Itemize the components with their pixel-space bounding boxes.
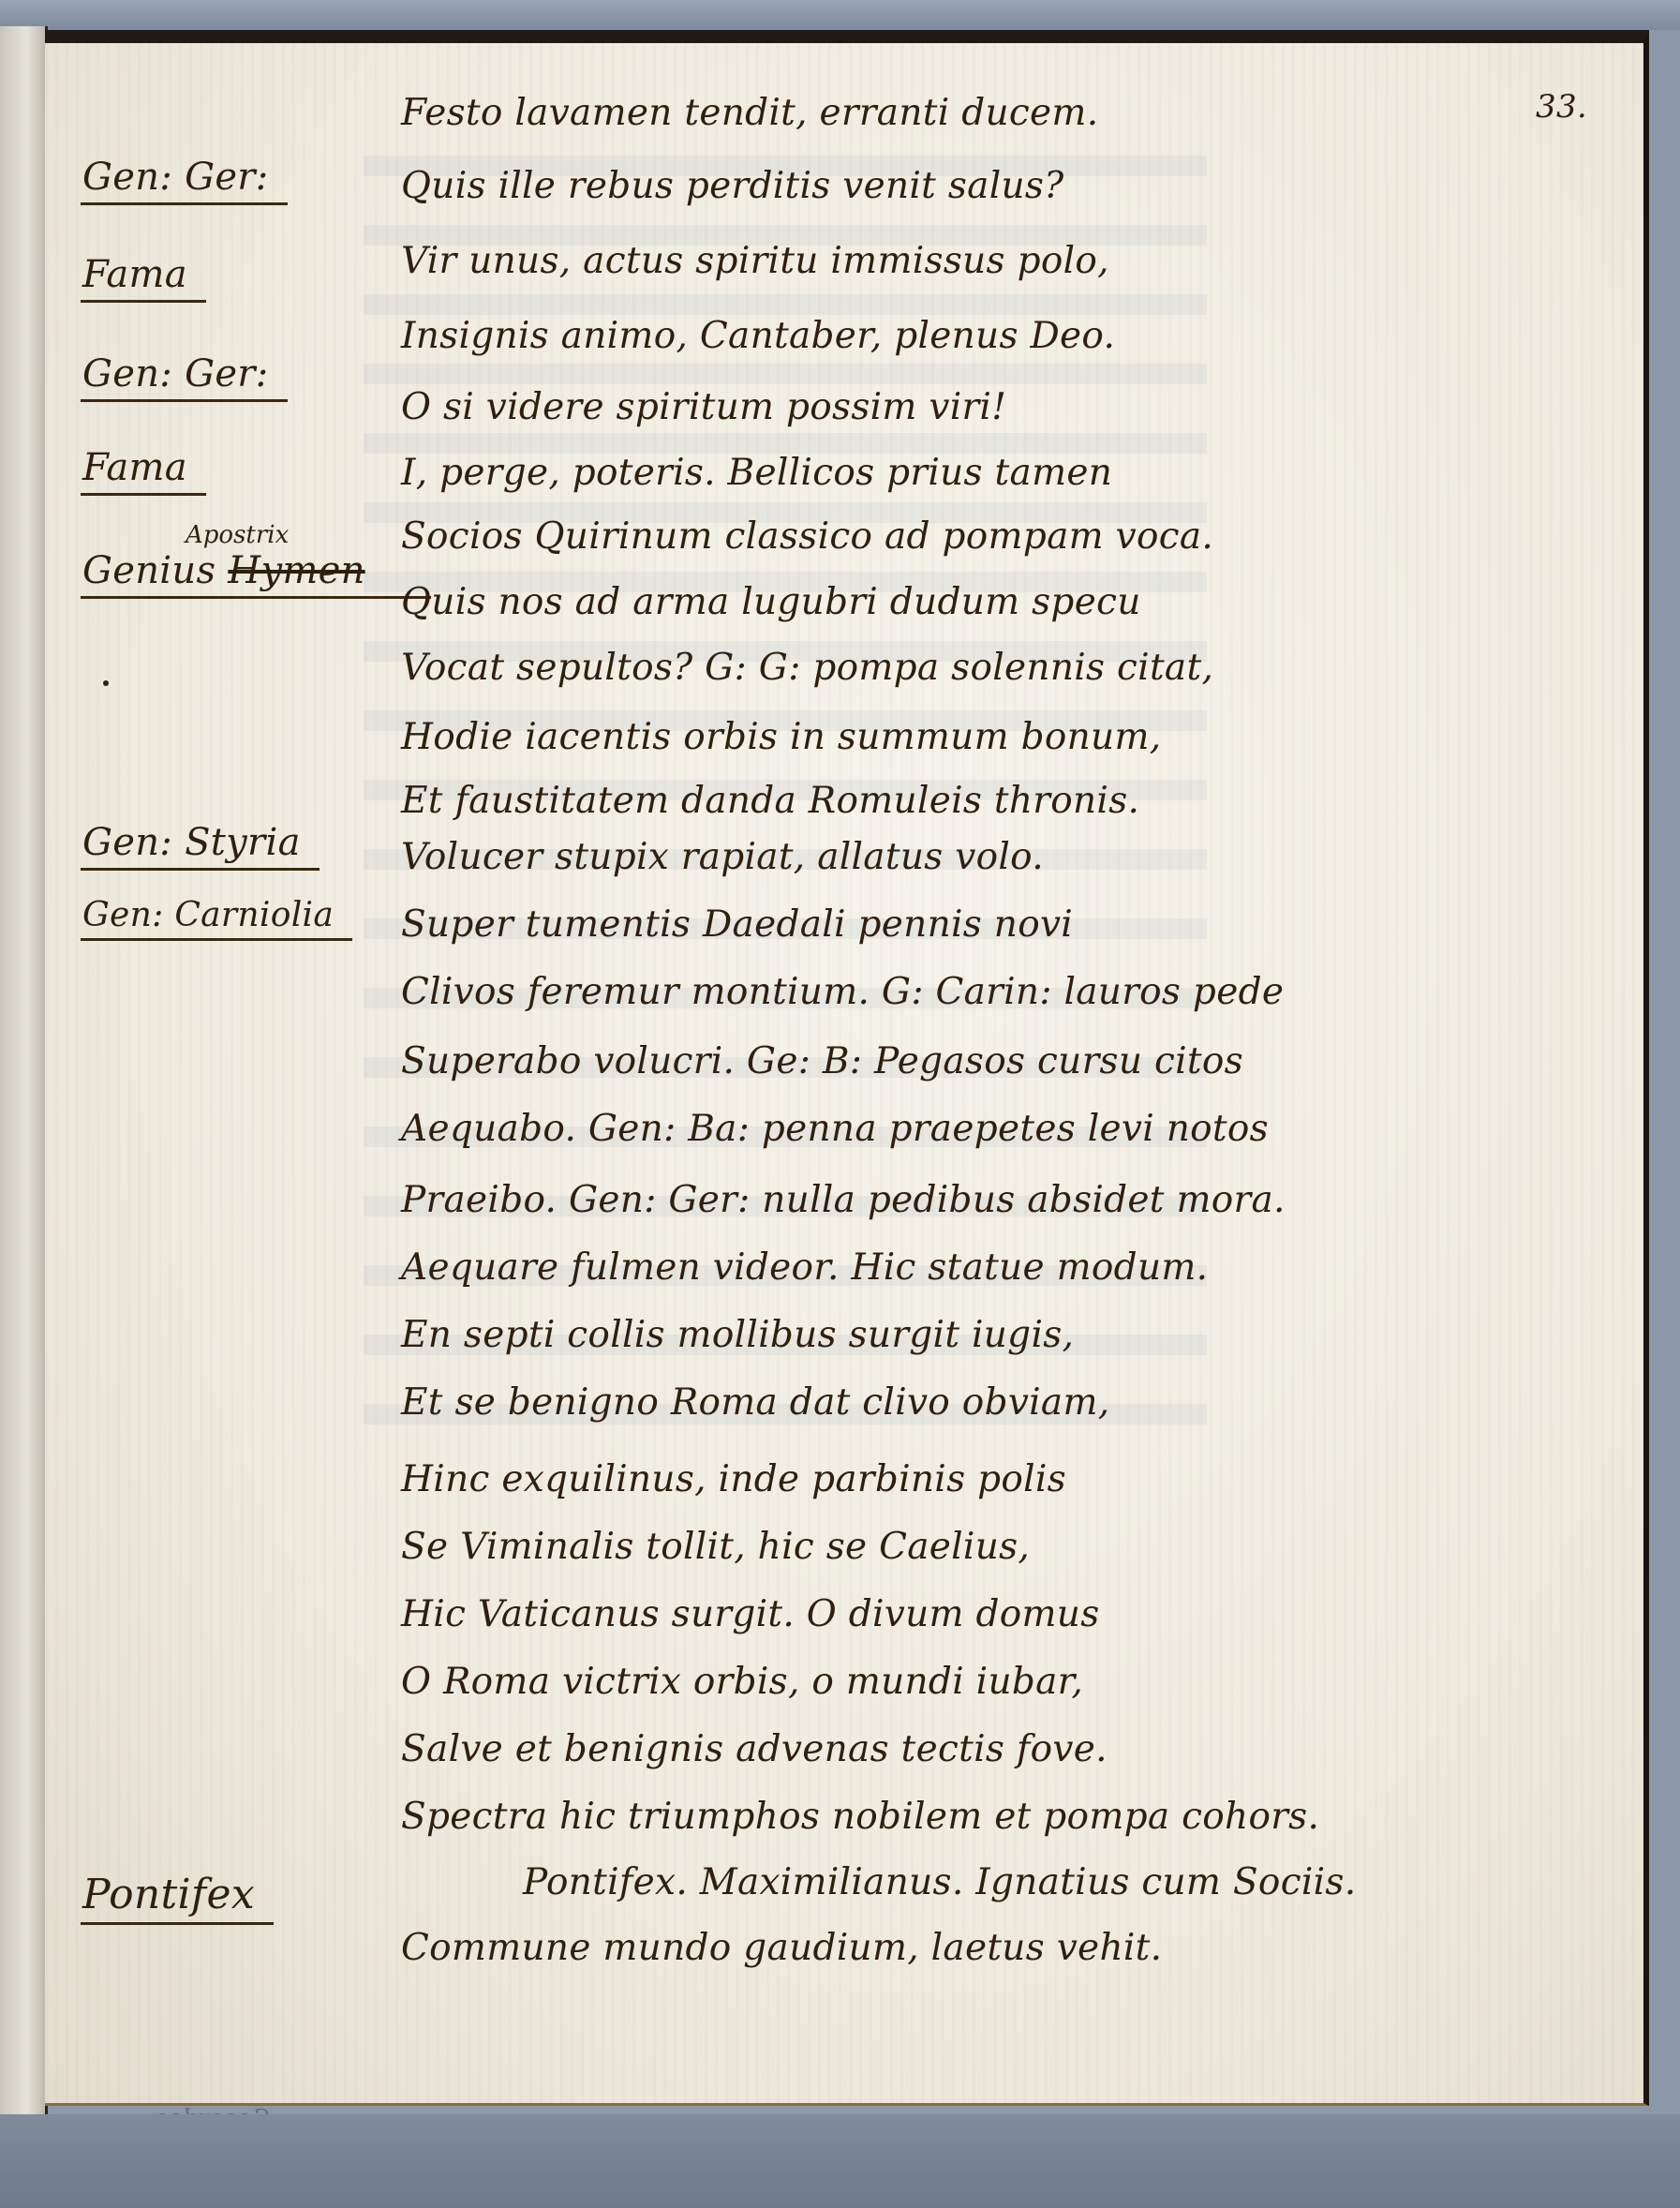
margin-speaker-label: Gen: Carniolia <box>81 896 352 941</box>
stage-direction: Pontifex. Maximilianus. Ignatius cum Soc… <box>523 1861 1356 1903</box>
verse-line: Superabo volucri. Ge: B: Pegasos cursu c… <box>401 1040 1243 1082</box>
page-number: 33. <box>1536 88 1587 126</box>
verse-line: Praeibo. Gen: Ger: nulla pedibus absidet… <box>401 1179 1286 1221</box>
manuscript-page: 33. Gen: Ger: Fama Gen: Ger: Fama Genius… <box>45 30 1649 2106</box>
verse-line: Hic Vaticanus surgit. O divum domus <box>401 1593 1100 1635</box>
margin-speaker-label: Fama <box>81 253 206 303</box>
verse-line: Festo lavamen tendit, erranti ducem. <box>401 92 1098 134</box>
margin-speaker-label: Gen: Ger: <box>81 352 288 402</box>
verse-line: Salve et benignis advenas tectis fove. <box>401 1728 1108 1770</box>
verse-line: O si videre spiritum possim viri! <box>401 386 1006 428</box>
verse-line: Et se benigno Roma dat clivo obviam, <box>401 1381 1109 1424</box>
margin-speaker-label: Gen: Ger: <box>81 156 288 205</box>
verse-line: Quis ille rebus perditis venit salus? <box>401 165 1063 207</box>
verse-line: Se Viminalis tollit, hic se Caelius, <box>401 1526 1030 1568</box>
verse-line: Hodie iacentis orbis in summum bonum, <box>401 716 1161 758</box>
ink-dot <box>103 680 109 686</box>
scanner-backdrop-bottom <box>0 2114 1680 2208</box>
verse-line: Commune mundo gaudium, laetus vehit. <box>401 1927 1162 1969</box>
verse-line: Volucer stupix rapiat, allatus volo. <box>401 836 1044 878</box>
verse-line: Hinc exquilinus, inde parbinis polis <box>401 1458 1066 1500</box>
margin-speaker-label: Gen: Styria <box>81 821 320 871</box>
verse-line: I, perge, poteris. Bellicos prius tamen <box>401 452 1112 494</box>
verse-line: Vir unus, actus spiritu immissus polo, <box>401 240 1109 282</box>
verse-line: Insignis animo, Cantaber, plenus Deo. <box>401 315 1115 357</box>
verse-line: Aequare fulmen videor. Hic statue modum. <box>401 1246 1208 1289</box>
verse-line: Et faustitatem danda Romuleis thronis. <box>401 780 1139 822</box>
inserted-word: Apostrix <box>186 521 289 549</box>
scanner-backdrop-top <box>0 0 1680 30</box>
margin-speaker-genius: Genius Hymen <box>81 549 431 599</box>
verse-line: Vocat sepultos? G: G: pompa solennis cit… <box>401 647 1213 689</box>
margin-speaker-label: Fama <box>81 446 206 496</box>
margin-speaker-label: Pontifex <box>81 1871 274 1925</box>
verse-line: Quis nos ad arma lugubri dudum specu <box>401 581 1141 623</box>
facing-page-edge <box>0 26 48 2116</box>
struck-word: Hymen <box>228 549 364 592</box>
verse-line: O Roma victrix orbis, o mundi iubar, <box>401 1661 1083 1703</box>
verse-line: Super tumentis Daedali pennis novi <box>401 903 1073 946</box>
speaker-label: Genius <box>82 549 216 592</box>
verse-line: Aequabo. Gen: Ba: penna praepetes levi n… <box>401 1108 1269 1150</box>
verse-line: En septi collis mollibus surgit iugis, <box>401 1314 1074 1356</box>
verse-line: Spectra hic triumphos nobilem et pompa c… <box>401 1796 1319 1838</box>
verse-line: Clivos feremur montium. G: Carin: lauros… <box>401 971 1284 1013</box>
verse-line: Socios Quirinum classico ad pompam voca. <box>401 515 1213 558</box>
